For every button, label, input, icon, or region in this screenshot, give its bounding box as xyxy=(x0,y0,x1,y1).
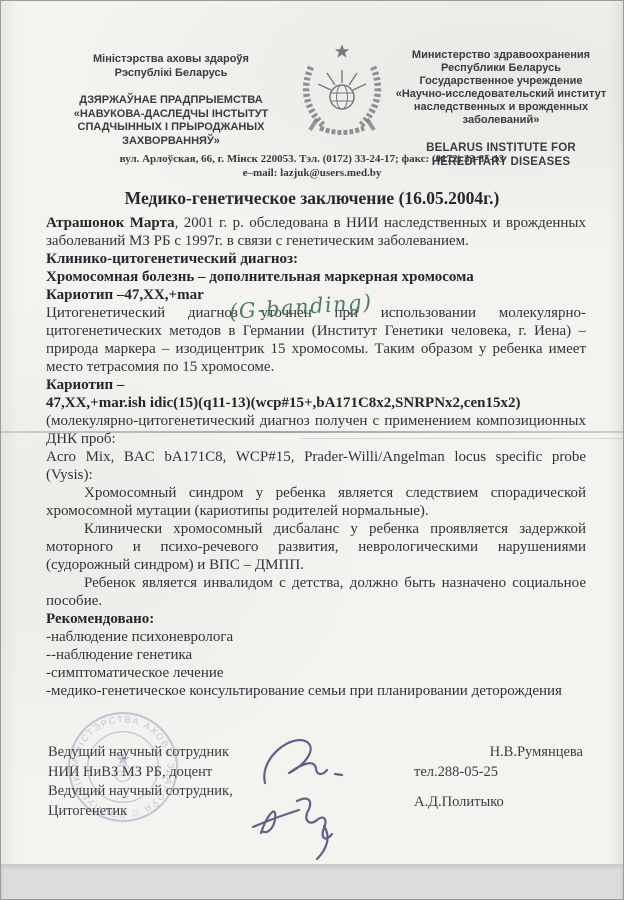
letterhead-belarusian: Міністэрства аховы здароўя Рэспублікі Бе… xyxy=(51,53,291,148)
scanned-document-page: Міністэрства аховы здароўя Рэспублікі Бе… xyxy=(0,0,624,900)
recommendation-item: --наблюдение генетика xyxy=(46,646,586,664)
probes-list: Acro Mix, BAC bA171C8, WCP#15, Prader-Wi… xyxy=(46,448,586,484)
org-line: «НАВУКОВА-ДАСЛЕДЧЫ ІНСТЫТУТ xyxy=(51,108,291,122)
ministry-line: «Научно-исследовательский институт xyxy=(387,88,615,101)
org-line: ЗАХВОРВАННЯЎ» xyxy=(51,135,291,149)
ministry-line: Министерство здравоохранения xyxy=(387,49,615,62)
ministry-line: заболеваний» xyxy=(387,114,615,127)
role-line: НИИ НиВЗ МЗ РБ, доцент xyxy=(48,763,233,783)
address-line: вул. Арлоўская, 66, г. Мінск 220053. Тэл… xyxy=(1,153,623,167)
scanner-background-strip xyxy=(1,864,623,900)
recommendation-item: -медико-генетическое консультирование се… xyxy=(46,682,586,700)
email-line: e–mail: lazjuk@users.med.by xyxy=(1,167,623,181)
signature-1-icon xyxy=(335,774,342,775)
recommendations-list: -наблюдение психоневролога --наблюдение … xyxy=(46,628,586,700)
karyotype-label-2: Кариотип – xyxy=(46,376,586,394)
diagnosis-text: Хромосомная болезнь – дополнительная мар… xyxy=(46,268,586,286)
role-line: Ведущий научный сотрудник xyxy=(48,743,233,763)
role-line: Цитогенетик xyxy=(48,802,233,822)
document-title: Медико-генетическое заключение (16.05.20… xyxy=(1,188,623,209)
paragraph-intro: Атрашонок Марта, 2001 г. р. обследована … xyxy=(46,214,586,250)
recommendation-item: -наблюдение психоневролога xyxy=(46,628,586,646)
ministry-line: Республики Беларусь xyxy=(387,62,615,75)
recommendations-heading: Рекомендовано: xyxy=(46,610,586,628)
paper-crease-secondary xyxy=(301,438,624,439)
ministry-line: наследственных и врожденных xyxy=(387,101,615,114)
handwritten-signatures xyxy=(251,729,371,861)
org-line: ДЗЯРЖАЎНАЕ ПРАДПРЫЕМСТВА xyxy=(51,94,291,108)
recommendation-item: -симптоматическое лечение xyxy=(46,664,586,682)
karyotype-line-2: 47,XX,+mar.ish idic(15)(q11-13)(wcp#15+,… xyxy=(46,394,586,412)
belarus-coat-of-arms-icon xyxy=(297,41,387,137)
letterhead-address: вул. Арлоўская, 66, г. Мінск 220053. Тэл… xyxy=(1,153,623,180)
letterhead-russian: Министерство здравоохранения Республики … xyxy=(387,49,615,169)
role-line: Ведущий научный сотрудник, xyxy=(48,782,233,802)
ministry-line: Рэспублікі Беларусь xyxy=(51,67,291,81)
paragraph-clinical: Клинически хромосомный дисбаланс у ребен… xyxy=(46,520,586,574)
patient-name: Атрашонок Марта xyxy=(46,215,175,231)
signatory-name-2: А.Д.Политыко xyxy=(414,794,504,811)
ministry-line: Міністэрства аховы здароўя xyxy=(51,53,291,67)
signatory-roles: Ведущий научный сотрудник НИИ НиВЗ МЗ РБ… xyxy=(48,743,233,821)
diagnosis-heading: Клинико-цитогенетический диагноз: xyxy=(46,250,586,268)
ministry-line: Государственное учреждение xyxy=(387,75,615,88)
document-body: Атрашонок Марта, 2001 г. р. обследована … xyxy=(46,214,586,700)
signature-1-icon xyxy=(264,740,327,783)
paragraph-sporadic: Хромосомный синдром у ребенка является с… xyxy=(46,484,586,520)
signatory-name-1: Н.В.Румянцева xyxy=(381,744,583,761)
paragraph-disability: Ребенок является инвалидом с детства, до… xyxy=(46,574,586,610)
signatory-phone: тел.288-05-25 xyxy=(414,764,498,781)
probes-intro: (молекулярно-цитогенетический диагноз по… xyxy=(46,412,586,448)
paper-crease xyxy=(1,431,624,433)
org-line: СПАДЧЫННЫХ І ПРЫРОДЖАНЫХ xyxy=(51,121,291,135)
